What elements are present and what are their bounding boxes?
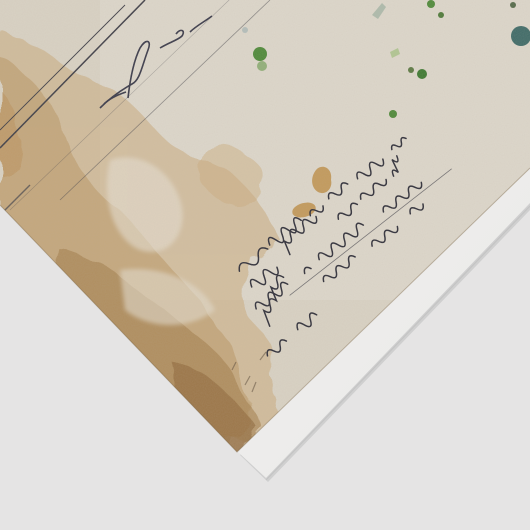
paper-mockup-illustration <box>0 0 530 530</box>
photo-scene <box>0 0 530 530</box>
